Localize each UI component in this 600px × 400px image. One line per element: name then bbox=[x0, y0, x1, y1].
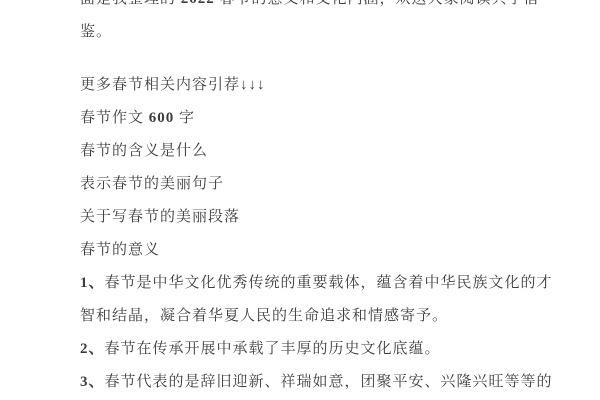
bold-text-segment: 600 bbox=[149, 110, 175, 126]
list-item-1-line-1: 1、春节是中华文化优秀传统的重要载体，蕴含着中华民族文化的才 bbox=[80, 267, 560, 300]
related-item-beautiful-paragraphs: 关于写春节的美丽段落 bbox=[80, 201, 560, 234]
related-item-beautiful-sentences: 表示春节的美丽句子 bbox=[80, 168, 560, 201]
text-segment: 关于写春节的美丽段落 bbox=[80, 209, 240, 225]
text-segment: 表示春节的美丽句子 bbox=[80, 176, 224, 192]
bold-text-segment: 2022 bbox=[181, 0, 215, 7]
intro-text-line-2: 鉴。 bbox=[80, 16, 560, 49]
intro-text-line-1: 面是我整理的 2022 春节的意义和文化内涵，欢送大家阅读共学借 bbox=[80, 0, 560, 16]
bold-text-segment: 1、 bbox=[80, 275, 105, 291]
text-segment: 春节代表的是辞旧迎新、祥瑞如意，团聚平安、兴隆兴旺等等的 bbox=[105, 374, 553, 390]
text-segment: 鉴。 bbox=[80, 24, 112, 40]
bold-text-segment: 3、 bbox=[80, 374, 105, 390]
text-segment: 春节作文 bbox=[80, 110, 149, 126]
section-heading-festival-meaning: 春节的意义 bbox=[80, 234, 560, 267]
document-page: 面是我整理的 2022 春节的意义和文化内涵，欢送大家阅读共学借鉴。更多春节相关… bbox=[0, 0, 600, 400]
text-segment: 智和结晶，凝合着华夏人民的生命追求和情感寄予。 bbox=[80, 308, 448, 324]
bold-text-segment: 2、 bbox=[80, 341, 105, 357]
text-segment: 春节是中华文化优秀传统的重要载体，蕴含着中华民族文化的才 bbox=[105, 275, 553, 291]
related-item-meaning-question: 春节的含义是什么 bbox=[80, 135, 560, 168]
document-body: 面是我整理的 2022 春节的意义和文化内涵，欢送大家阅读共学借鉴。更多春节相关… bbox=[80, 0, 560, 399]
related-item-essay-600: 春节作文 600 字 bbox=[80, 102, 560, 135]
text-segment: 春节的含义是什么 bbox=[80, 143, 208, 159]
list-item-2: 2、春节在传承开展中承载了丰厚的历史文化底蕴。 bbox=[80, 333, 560, 366]
text-segment: 春节在传承开展中承载了丰厚的历史文化底蕴。 bbox=[105, 341, 441, 357]
text-segment: 春节的意义 bbox=[80, 242, 160, 258]
list-item-1-line-2: 智和结晶，凝合着华夏人民的生命追求和情感寄予。 bbox=[80, 300, 560, 333]
text-segment: 面是我整理的 bbox=[80, 0, 181, 7]
text-segment: 字 bbox=[174, 110, 195, 126]
related-content-heading: 更多春节相关内容引荐↓↓↓ bbox=[80, 69, 560, 102]
text-segment: 更多春节相关内容引荐↓↓↓ bbox=[80, 77, 266, 93]
list-item-3: 3、春节代表的是辞旧迎新、祥瑞如意，团聚平安、兴隆兴旺等等的 bbox=[80, 366, 560, 399]
text-segment: 春节的意义和文化内涵，欢送大家阅读共学借 bbox=[215, 0, 540, 7]
